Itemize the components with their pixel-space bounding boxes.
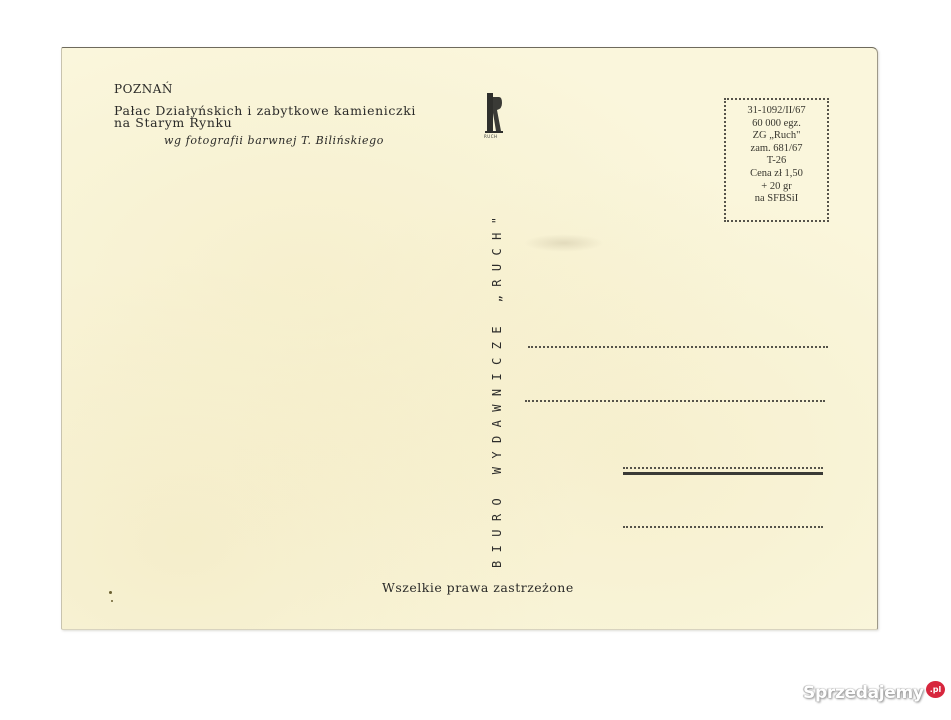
watermark-text: Sprzedajemy (803, 683, 924, 703)
postcard-back: POZNAŃ Pałac Działyńskich i zabytkowe ka… (61, 47, 878, 630)
stamp-box: 31-1092/II/67 60 000 egz. ZG „Ruch" zam.… (724, 98, 829, 222)
print-info-line: Cena zł 1,50 (726, 168, 827, 181)
speck (109, 591, 112, 594)
print-info-line: 31-1092/II/67 (726, 105, 827, 118)
caption-line-2: na Starym Rynku (114, 115, 232, 130)
address-line-4 (623, 526, 823, 528)
publisher-vertical-text: BIURO WYDAWNICZE „RUCH" (490, 209, 504, 568)
print-info-line: zam. 681/67 (726, 143, 827, 156)
print-info-line: + 20 gr (726, 181, 827, 194)
watermark-badge: .pl (926, 681, 945, 698)
print-info-line: T-26 (726, 155, 827, 168)
copyright-notice: Wszelkie prawa zastrzeżone (382, 580, 574, 595)
address-line-3 (623, 467, 823, 469)
print-info-line: ZG „Ruch" (726, 130, 827, 143)
print-info-line: 60 000 egz. (726, 118, 827, 131)
speck (111, 600, 113, 602)
address-line-1 (528, 346, 828, 348)
address-line-2 (525, 400, 825, 402)
stain (524, 234, 604, 252)
print-info-line: na SFBSiI (726, 193, 827, 206)
photo-credit: wg fotografii barwnej T. Bilińskiego (164, 134, 384, 147)
city-title: POZNAŃ (114, 82, 173, 96)
ruch-logo-icon (485, 93, 503, 135)
address-underline (623, 472, 823, 475)
logo-label: RUCH (484, 134, 498, 139)
